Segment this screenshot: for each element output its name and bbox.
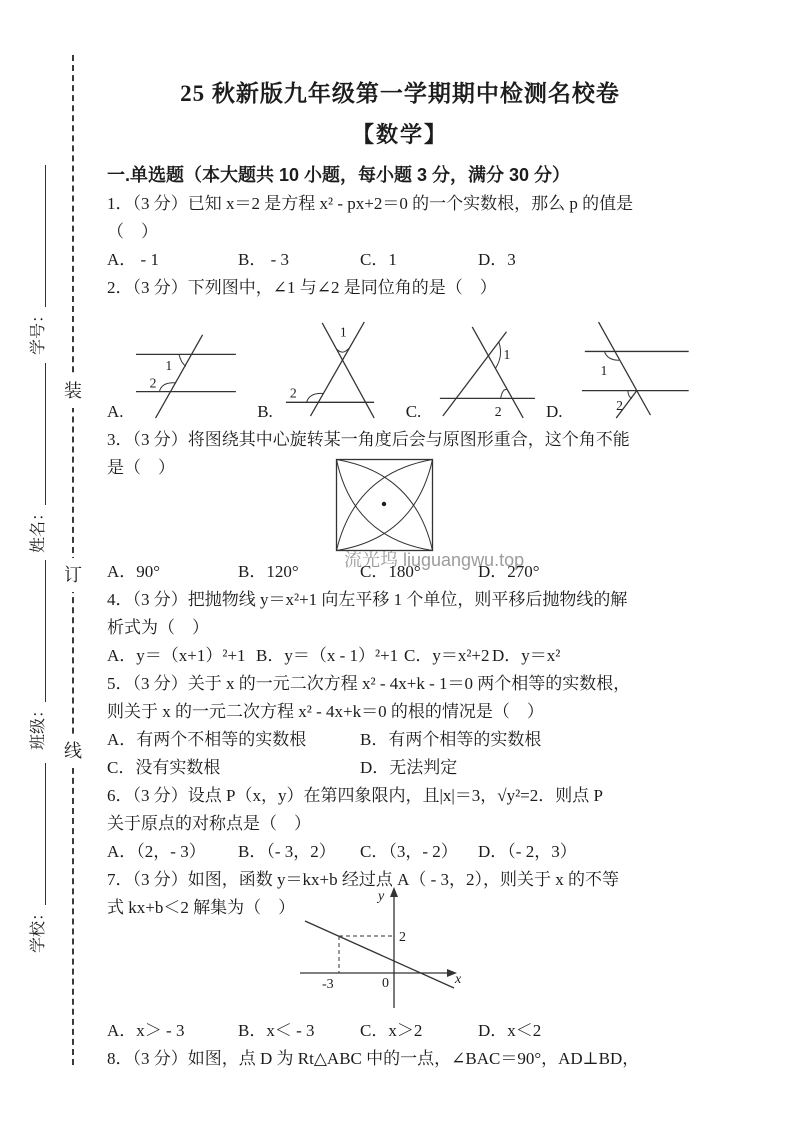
school-label: 学校： [28, 905, 50, 953]
y-axis-label: y [376, 889, 385, 904]
options-row: A． - 1 B． - 3 C．1 D．3 [107, 246, 693, 274]
option: D．（- 2，3） [478, 838, 577, 866]
figure-lines [582, 322, 689, 418]
question-6: 6．（3 分）设点 P（x，y）在第四象限内，且|x|＝3，√y²=2．则点 P… [107, 782, 693, 866]
y-axis-arrow [390, 887, 398, 897]
name-blank [45, 363, 46, 505]
question-8: 8．（3 分）如图，点 D 为 Rt△ABC 中的一点，∠BAC＝90°，AD⊥… [107, 1045, 693, 1073]
name-field: 姓名： [26, 363, 50, 553]
option: B． - 3 [238, 246, 360, 274]
student-id-field: 学号： [26, 165, 50, 355]
question-1: 1．（3 分）已知 x＝2 是方程 x² - px+2＝0 的一个实数根，那么 … [107, 190, 693, 274]
figure-label-a: A. [107, 402, 134, 422]
q2-figure-c: 1 2 [435, 314, 541, 424]
options-row: A．x＞ - 3 B．x＜ - 3 C．x＞2 D．x＜2 [107, 1017, 693, 1045]
angle-1-label: 1 [504, 347, 511, 362]
option: D．y＝x² [492, 642, 560, 670]
school-field: 学校： [26, 763, 50, 953]
option: A．x＞ - 3 [107, 1017, 238, 1045]
option: C．（3，- 2） [360, 838, 478, 866]
subject-title: 【数学】 [107, 120, 693, 150]
class-label: 班级： [28, 702, 50, 750]
angle-2-label: 2 [617, 398, 624, 413]
question-line: 析式为（ ） [107, 614, 693, 642]
figure-lines [440, 327, 535, 418]
school-blank [45, 763, 46, 905]
option: B．（- 3，2） [238, 838, 360, 866]
option: C．x＞2 [360, 1017, 478, 1045]
angle-1-label: 1 [166, 358, 173, 373]
origin-label: 0 [382, 976, 389, 991]
option: C．y＝x²+2 [404, 642, 492, 670]
q2-figure-row: A. 1 2 B. [107, 304, 693, 424]
question-line: 2．（3 分）下列图中，∠1 与∠2 是同位角的是（ ） [107, 274, 693, 302]
angle-2-label: 2 [495, 404, 502, 419]
y-tick-2: 2 [399, 930, 406, 945]
figure-label-c: C. [406, 402, 432, 422]
options-row: A．y＝（x+1）²+1 B．y＝（x - 1）²+1 C．y＝x²+2 D．y… [107, 642, 693, 670]
option: A．（2，- 3） [107, 838, 238, 866]
fold-char-ding: 订 [62, 558, 84, 592]
center-dot [382, 502, 386, 506]
option: B．y＝（x - 1）²+1 [256, 642, 404, 670]
x-axis-label: x [454, 972, 462, 987]
question-5: 5．（3 分）关于 x 的一元二次方程 x² - 4x+k - 1＝0 两个相等… [107, 670, 693, 782]
question-line: （ ） [107, 218, 693, 246]
figure-label-d: D. [546, 402, 572, 422]
option: A．y＝（x+1）²+1 [107, 642, 256, 670]
question-line: 4．（3 分）把抛物线 y＝x²+1 向左平移 1 个单位，则平移后抛物线的解 [107, 586, 693, 614]
exam-content: 25 秋新版九年级第一学期期中检测名校卷 【数学】 一.单选题（本大题共 10 … [107, 70, 693, 1073]
option: A． - 1 [107, 246, 238, 274]
q2-figure-a: 1 2 [134, 324, 242, 424]
q2-figure-d: 1 2 [577, 312, 693, 434]
option: C．180° [360, 558, 478, 586]
question-line: 1．（3 分）已知 x＝2 是方程 x² - px+2＝0 的一个实数根，那么 … [107, 190, 693, 218]
q3-rotation-figure [335, 458, 435, 553]
option: B．120° [238, 558, 360, 586]
option: D．x＜2 [478, 1017, 541, 1045]
fold-char-xian: 线 [62, 734, 84, 768]
question-line: 关于原点的对称点是（ ） [107, 810, 693, 838]
option: A．有两个不相等的实数根 [107, 726, 360, 754]
question-7: 7．（3 分）如图，函数 y＝kx+b 经过点 A（ - 3，2），则关于 x … [107, 866, 693, 1045]
option: D．270° [478, 558, 540, 586]
figure-lines [286, 322, 374, 418]
name-label: 姓名： [28, 505, 50, 553]
question-line: 则关于 x 的一元二次方程 x² - 4x+k＝0 的根的情况是（ ） [107, 698, 693, 726]
option: B．有两个相等的实数根 [360, 726, 541, 754]
question-2: 2．（3 分）下列图中，∠1 与∠2 是同位角的是（ ） A. 1 2 B. [107, 274, 693, 424]
angle-1-label: 1 [339, 325, 346, 340]
option: D．无法判定 [360, 754, 457, 782]
options-row: A．有两个不相等的实数根 B．有两个相等的实数根 [107, 726, 693, 754]
options-row: A．90° B．120° C．180° D．270° [107, 558, 693, 586]
class-blank [45, 560, 46, 702]
q7-line-graph: y x 2 -3 0 [292, 886, 468, 1012]
options-row: C．没有实数根 D．无法判定 [107, 754, 693, 782]
question-line: 3．（3 分）将图绕其中心旋转某一角度后会与原图形重合，这个角不能 [107, 426, 693, 454]
q2-figure-b: 1 2 [284, 314, 377, 424]
option: C．没有实数根 [107, 754, 360, 782]
fold-char-zhuang: 装 [62, 374, 84, 408]
question-4: 4．（3 分）把抛物线 y＝x²+1 向左平移 1 个单位，则平移后抛物线的解 … [107, 586, 693, 670]
section-heading: 一.单选题（本大题共 10 小题，每小题 3 分，满分 30 分） [107, 162, 693, 188]
option: A．90° [107, 558, 238, 586]
class-field: 班级： [26, 560, 50, 750]
page-title: 25 秋新版九年级第一学期期中检测名校卷 [107, 78, 693, 110]
option: D．3 [478, 246, 516, 274]
angle-2-label: 2 [290, 385, 297, 400]
question-line: 6．（3 分）设点 P（x，y）在第四象限内，且|x|＝3，√y²=2．则点 P [107, 782, 693, 810]
figure-lines [337, 460, 433, 551]
student-id-blank [45, 165, 46, 307]
question-line: 8．（3 分）如图，点 D 为 Rt△ABC 中的一点，∠BAC＝90°，AD⊥… [107, 1045, 693, 1073]
option: C．1 [360, 246, 478, 274]
options-row: A．（2，- 3） B．（- 3，2） C．（3，- 2） D．（- 2，3） [107, 838, 693, 866]
option: B．x＜ - 3 [238, 1017, 360, 1045]
student-id-label: 学号： [28, 307, 50, 355]
exam-page: { "page": { "title": "25 秋新版九年级第一学期期中检测名… [0, 0, 793, 1122]
x-tick-neg3: -3 [322, 977, 334, 992]
figure-label-b: B. [257, 402, 283, 422]
question-line: 5．（3 分）关于 x 的一元二次方程 x² - 4x+k - 1＝0 两个相等… [107, 670, 693, 698]
angle-1-label: 1 [601, 363, 608, 378]
question-3: 3．（3 分）将图绕其中心旋转某一角度后会与原图形重合，这个角不能 是（ ） A… [107, 426, 693, 586]
angle-2-label: 2 [150, 376, 157, 391]
